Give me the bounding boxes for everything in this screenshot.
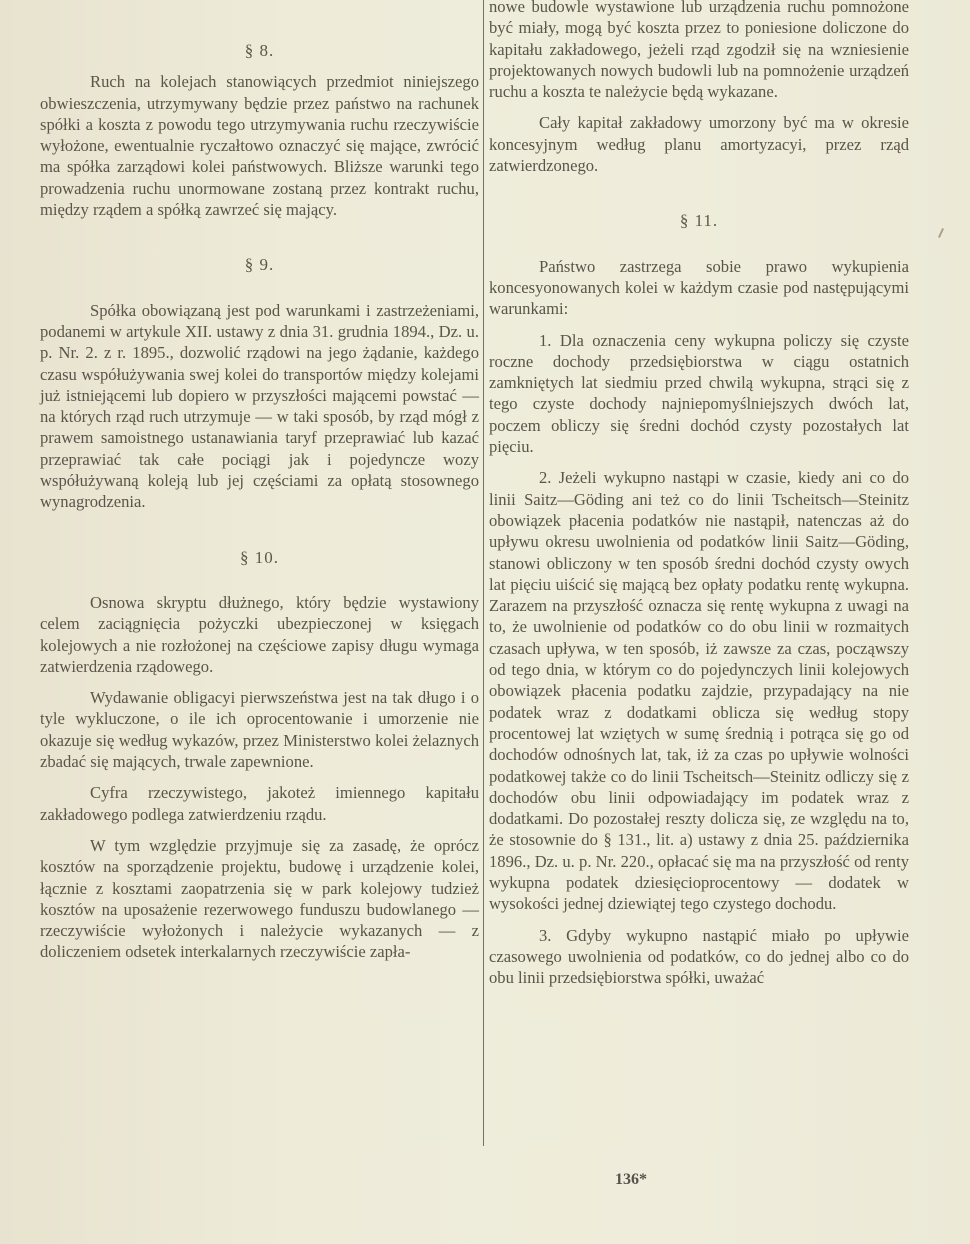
section-11-heading: § 11. <box>489 210 909 231</box>
section-10-paragraph-2: Wydawanie obligacyi pierwszeństwa jest n… <box>40 687 479 772</box>
pencil-mark <box>938 228 944 238</box>
column-divider <box>483 0 484 1146</box>
section-10-heading: § 10. <box>40 547 479 568</box>
continuation-paragraph-2: Cały kapitał zakładowy umorzony być ma w… <box>489 112 909 176</box>
page-number: 136* <box>0 1171 970 1189</box>
section-10-paragraph-3: Cyfra rzeczywistego, jakoteż imiennego k… <box>40 782 479 825</box>
right-column: nowe budowle wystawione lub urządzenia r… <box>489 0 909 988</box>
section-10-paragraph-1: Osnowa skryptu dłużnego, który będzie wy… <box>40 592 479 677</box>
section-11-paragraph-1: Państwo zastrzega sobie prawo wykupienia… <box>489 256 909 320</box>
section-11-paragraph-3: 2. Jeżeli wykupno nastąpi w czasie, kied… <box>489 467 909 914</box>
section-8-paragraph-1: Ruch na kolejach stanowiących przedmiot … <box>40 71 479 220</box>
document-page: § 8. Ruch na kolejach stanowiących przed… <box>0 0 970 1244</box>
section-8-heading: § 8. <box>40 40 479 61</box>
section-11-paragraph-4: 3. Gdyby wykupno nastąpić miało po upływ… <box>489 925 909 989</box>
section-9-heading: § 9. <box>40 254 479 275</box>
section-11-paragraph-2: 1. Dla oznaczenia ceny wykupna policzy s… <box>489 330 909 458</box>
section-9-paragraph-1: Spółka obowiązaną jest pod warunkami i z… <box>40 300 479 513</box>
section-10-paragraph-4: W tym względzie przyjmuje się za zasadę,… <box>40 835 479 963</box>
continuation-paragraph-1: nowe budowle wystawione lub urządzenia r… <box>489 0 909 102</box>
left-column: § 8. Ruch na kolejach stanowiących przed… <box>40 40 479 963</box>
